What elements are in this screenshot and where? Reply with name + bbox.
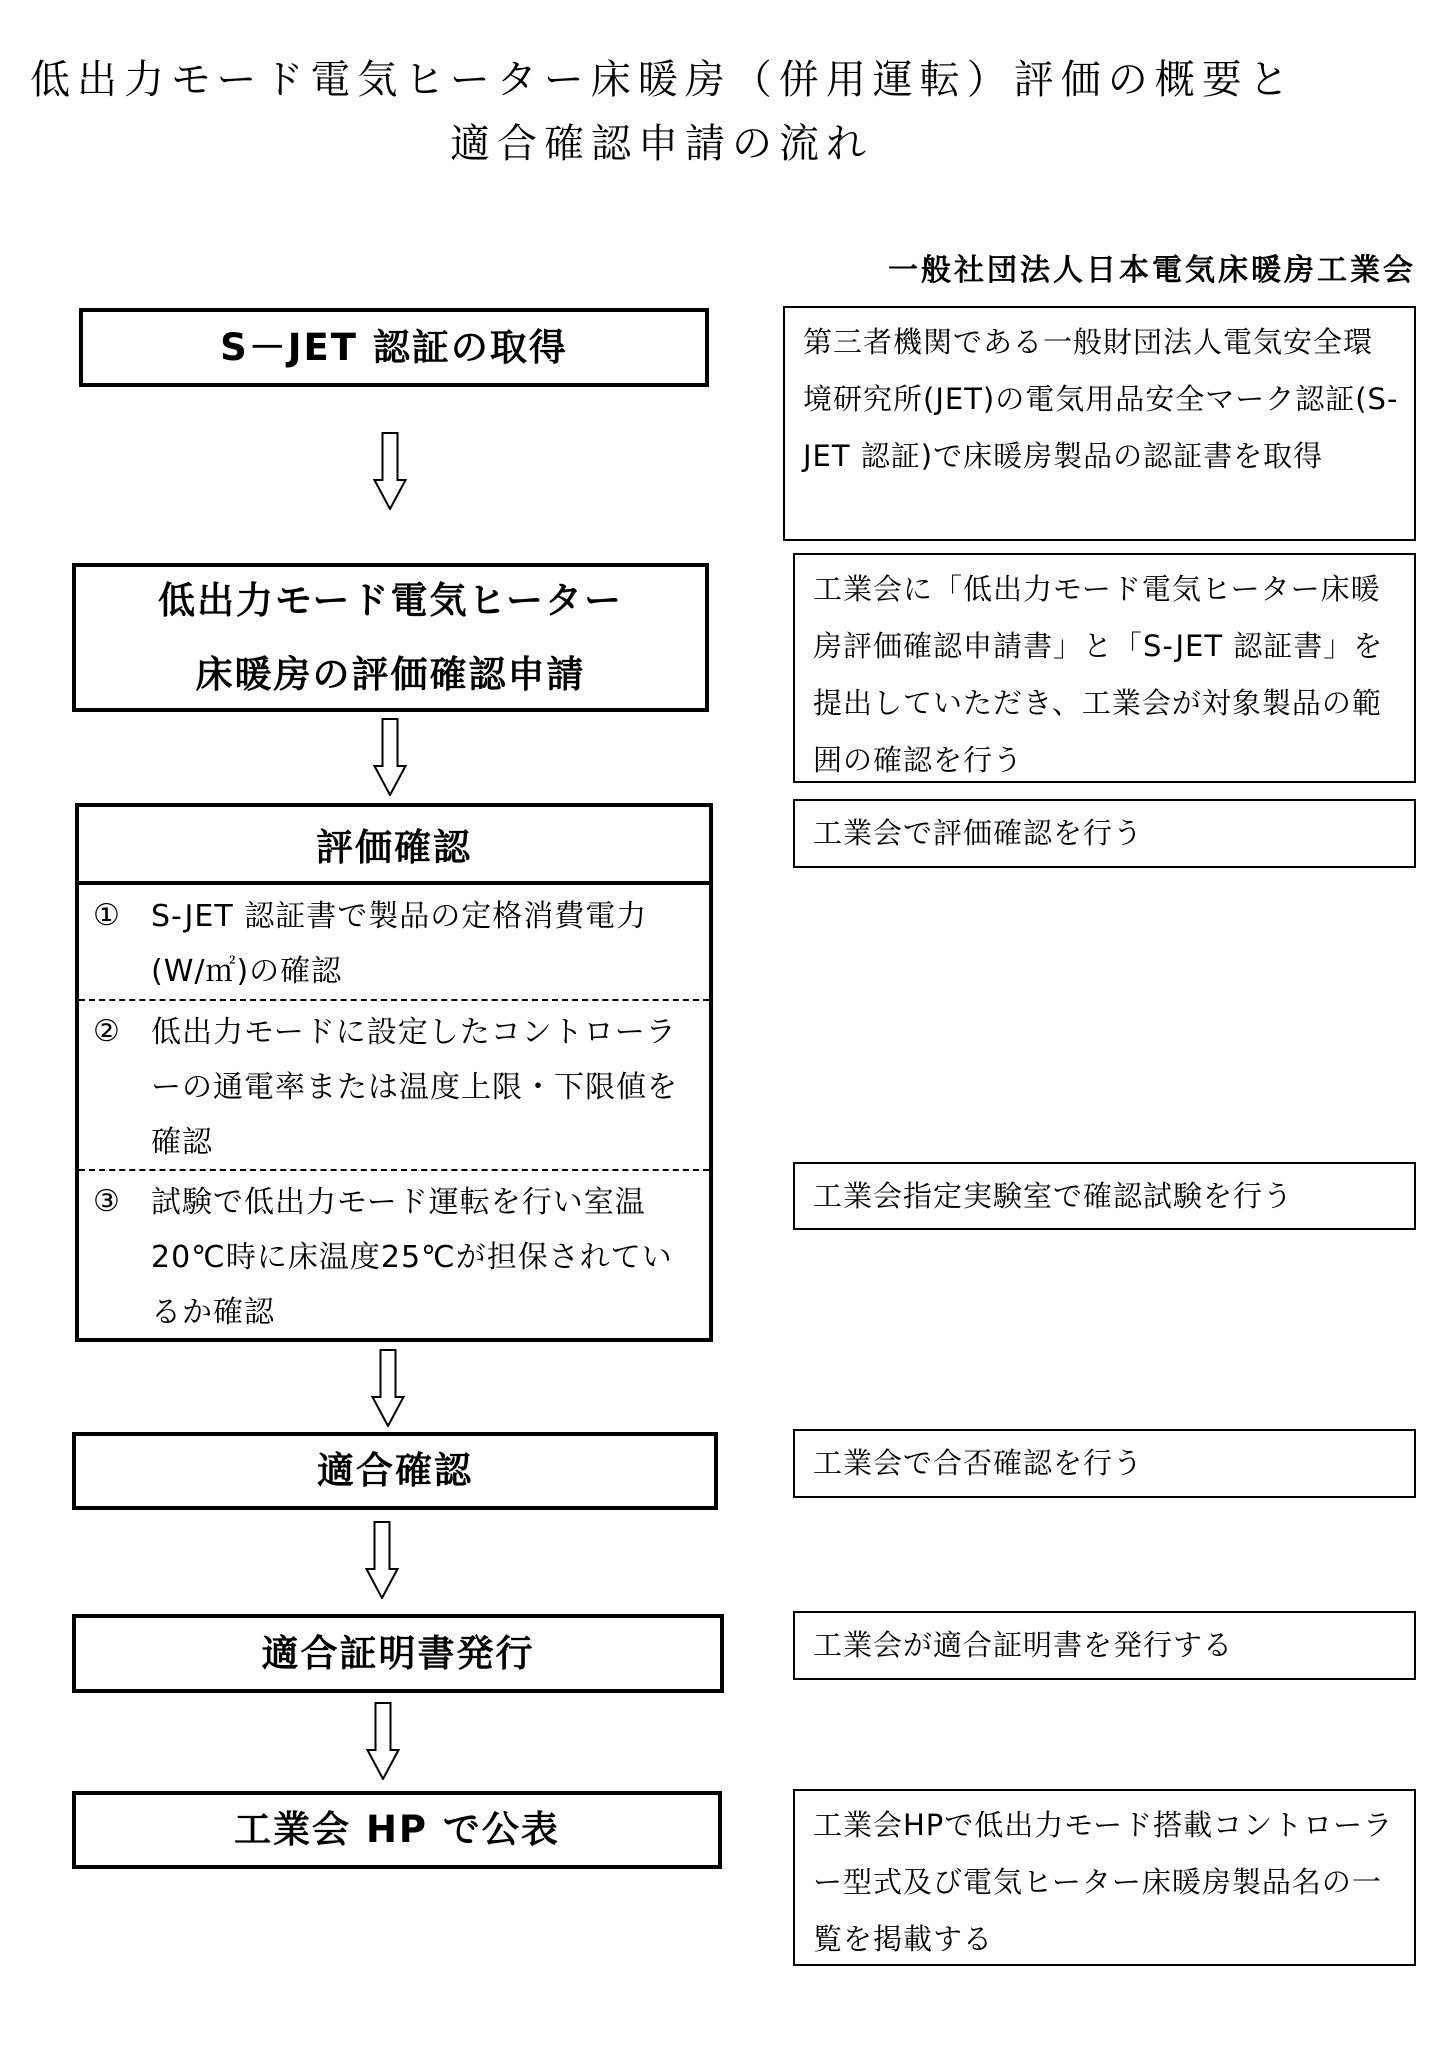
item-text: 試験で低出力モード運転を行い室温20℃時に床温度25℃が担保されているか確認 (151, 1175, 691, 1340)
step-label: S－JET 認証の取得 (220, 311, 568, 385)
step-evaluation-application: 低出力モード電気ヒーター 床暖房の評価確認申請 (72, 563, 709, 712)
down-arrow-icon (371, 1349, 405, 1427)
page-title-line-2: 適合確認申請の流れ (450, 112, 873, 169)
evaluation-item-2: ② 低出力モードに設定したコントローラーの通電率または温度上限・下限値を確認 (79, 999, 709, 1171)
down-arrow-icon (373, 718, 407, 796)
step-label: 低出力モード電気ヒーター 床暖房の評価確認申請 (158, 564, 623, 712)
down-arrow-icon (373, 432, 407, 510)
item-text: 低出力モードに設定したコントローラーの通電率または温度上限・下限値を確認 (151, 1005, 691, 1170)
page-title-line-1: 低出力モード電気ヒーター床暖房（併用運転）評価の概要と (30, 48, 1296, 105)
evaluation-item-3: ③ 試験で低出力モード運転を行い室温20℃時に床温度25℃が担保されているか確認 (79, 1169, 709, 1341)
note-certificate-issue: 工業会が適合証明書を発行する (793, 1611, 1416, 1680)
item-number: ① (93, 889, 120, 942)
evaluation-header: 評価確認 (79, 807, 709, 885)
step-conformity-check: 適合確認 (72, 1432, 718, 1510)
step-label: 工業会 HP で公表 (234, 1793, 560, 1867)
note-s-jet-certification: 第三者機関である一般財団法人電気安全環境研究所(JET)の電気用品安全マーク認証… (783, 306, 1416, 541)
note-evaluation-application: 工業会に「低出力モード電気ヒーター床暖房評価確認申請書」と「S-JET 認証書」… (793, 553, 1416, 783)
note-evaluation: 工業会で評価確認を行う (793, 799, 1416, 868)
step-evaluation: 評価確認 ① S-JET 認証書で製品の定格消費電力(W/㎡)の確認 ② 低出力… (75, 803, 713, 1342)
step-s-jet-certification: S－JET 認証の取得 (79, 308, 709, 387)
step-label: 適合確認 (317, 1434, 473, 1508)
item-text: S-JET 認証書で製品の定格消費電力(W/㎡)の確認 (151, 889, 691, 999)
note-lab-test: 工業会指定実験室で確認試験を行う (793, 1162, 1416, 1230)
item-number: ② (93, 1005, 120, 1058)
down-arrow-icon (365, 1521, 399, 1599)
step-label: 適合証明書発行 (262, 1617, 535, 1691)
step-certificate-issue: 適合証明書発行 (72, 1614, 724, 1693)
evaluation-item-1: ① S-JET 認証書で製品の定格消費電力(W/㎡)の確認 (79, 885, 709, 1000)
note-conformity-check: 工業会で合否確認を行う (793, 1429, 1416, 1498)
note-publish-hp: 工業会HPで低出力モード搭載コントローラー型式及び電気ヒーター床暖房製品名の一覧… (793, 1789, 1416, 1966)
down-arrow-icon (366, 1702, 400, 1780)
step-publish-hp: 工業会 HP で公表 (72, 1791, 722, 1869)
organization-name: 一般社団法人日本電気床暖房工業会 (888, 245, 1416, 289)
item-number: ③ (93, 1175, 120, 1228)
